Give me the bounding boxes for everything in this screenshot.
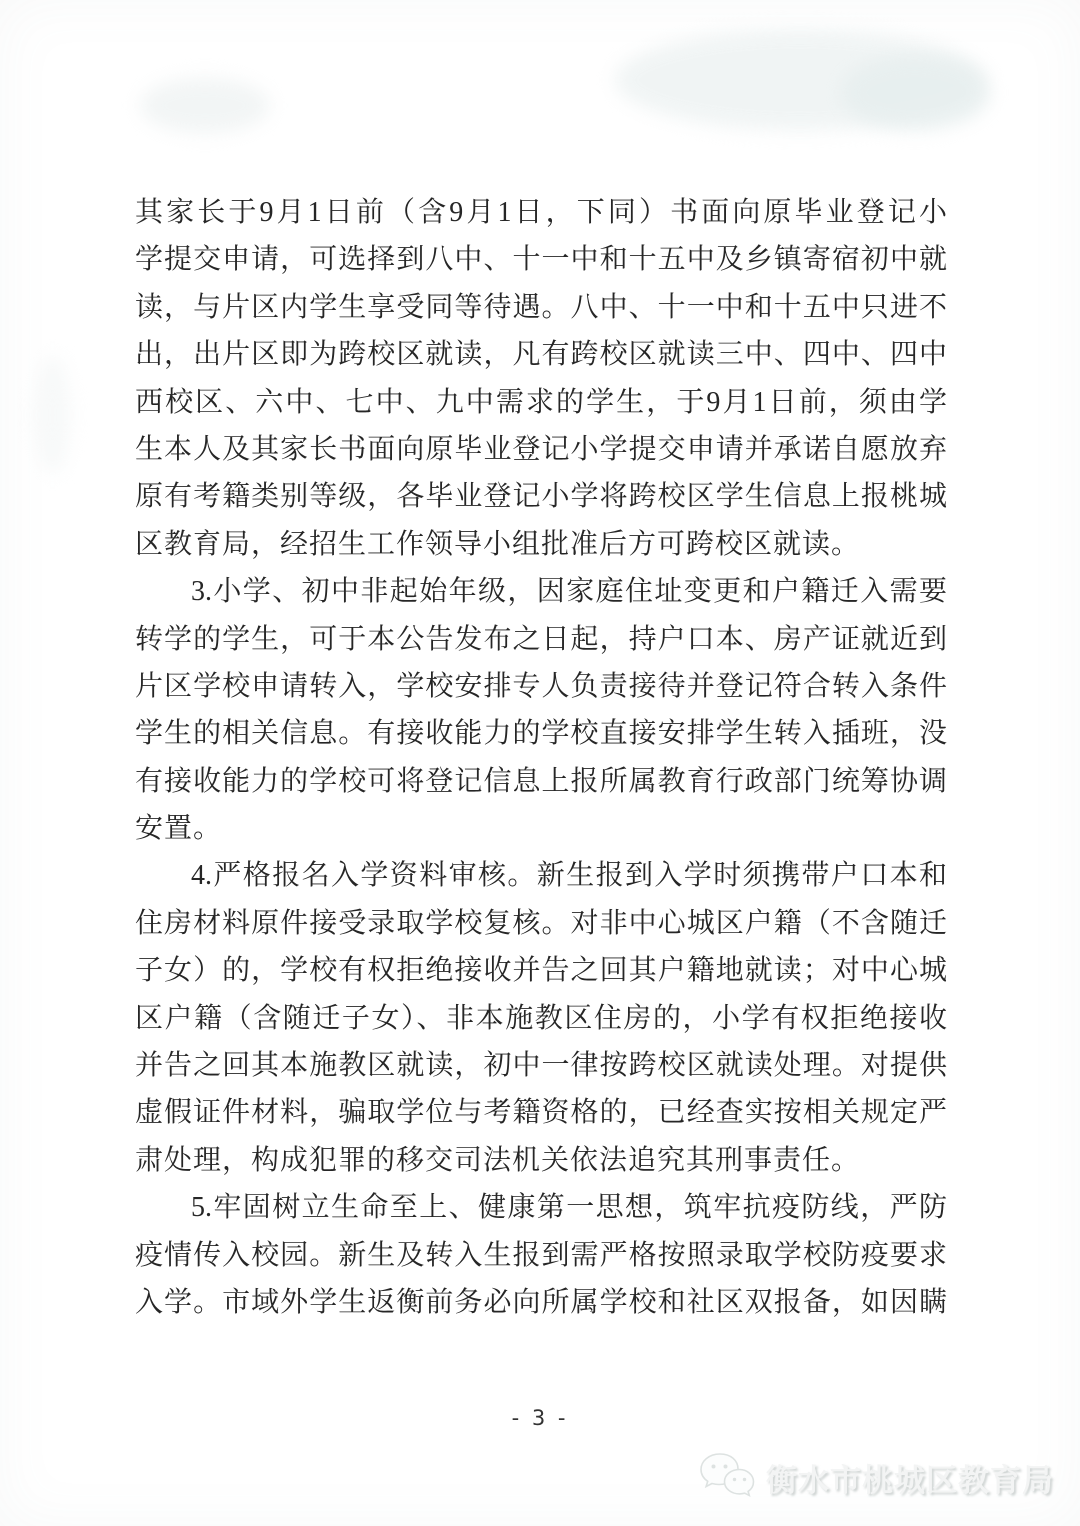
text-line: 学生的相关信息。有接收能力的学校直接安排学生转入插班，没 (135, 710, 947, 757)
text-line: 5.牢固树立生命至上、健康第一思想，筑牢抗疫防线，严防 (135, 1184, 947, 1231)
text-line: 肃处理，构成犯罪的移交司法机关依法追究其刑事责任。 (135, 1137, 947, 1184)
text-line: 并告之回其本施教区就读，初中一律按跨校区就读处理。对提供 (135, 1042, 947, 1089)
text-line: 读，与片区内学生享受同等待遇。八中、十一中和十五中只进不 (135, 284, 947, 331)
text-line: 虚假证件材料，骗取学位与考籍资格的，已经查实按相关规定严 (135, 1089, 947, 1136)
text-line: 入学。市域外学生返衡前务必向所属学校和社区双报备，如因瞒 (135, 1279, 947, 1326)
text-line: 转学的学生，可于本公告发布之日起，持户口本、房产证就近到 (135, 616, 947, 663)
scanned-document-page: 其家长于9月1日前（含9月1日，下同）书面向原毕业登记小学提交申请，可选择到八中… (0, 0, 1080, 1526)
text-line: 生本人及其家长书面向原毕业登记小学提交申请并承诺自愿放弃 (135, 426, 947, 473)
text-line: 西校区、六中、七中、九中需求的学生，于9月1日前，须由学 (135, 379, 947, 426)
text-line: 子女）的，学校有权拒绝接收并告之回其户籍地就读；对中心城 (135, 947, 947, 994)
wechat-icon (698, 1450, 756, 1505)
scan-artifact (35, 355, 70, 475)
watermark-label: 衡水市桃城区教育局 (766, 1455, 1054, 1500)
text-line: 出，出片区即为跨校区就读，凡有跨校区就读三中、四中、四中 (135, 331, 947, 378)
text-line: 学提交申请，可选择到八中、十一中和十五中及乡镇寄宿初中就 (135, 236, 947, 283)
text-line: 住房材料原件接受录取学校复核。对非中心城区户籍（不含随迁 (135, 900, 947, 947)
text-line: 疫情传入校园。新生及转入生报到需严格按照录取学校防疫要求 (135, 1232, 947, 1279)
text-line: 片区学校申请转入，学校安排专人负责接待并登记符合转入条件 (135, 663, 947, 710)
text-line: 区户籍（含随迁子女）、非本施教区住房的，小学有权拒绝接收 (135, 995, 947, 1042)
text-line: 原有考籍类别等级，各毕业登记小学将跨校区学生信息上报桃城 (135, 473, 947, 520)
scan-artifact (615, 30, 985, 130)
text-line: 3.小学、初中非起始年级，因家庭住址变更和户籍迁入需要 (135, 568, 947, 615)
text-line: 其家长于9月1日前（含9月1日，下同）书面向原毕业登记小 (135, 189, 947, 236)
text-line: 区教育局，经招生工作领导小组批准后方可跨校区就读。 (135, 521, 947, 568)
document-body: 其家长于9月1日前（含9月1日，下同）书面向原毕业登记小学提交申请，可选择到八中… (135, 189, 947, 1326)
scan-artifact (140, 78, 270, 133)
publisher-watermark: 衡水市桃城区教育局 (698, 1450, 1054, 1505)
text-line: 安置。 (135, 805, 947, 852)
text-line: 4.严格报名入学资料审核。新生报到入学时须携带户口本和 (135, 852, 947, 899)
text-line: 有接收能力的学校可将登记信息上报所属教育行政部门统筹协调 (135, 758, 947, 805)
scan-artifact (840, 55, 990, 130)
page-number: - 3 - (0, 1406, 1080, 1430)
